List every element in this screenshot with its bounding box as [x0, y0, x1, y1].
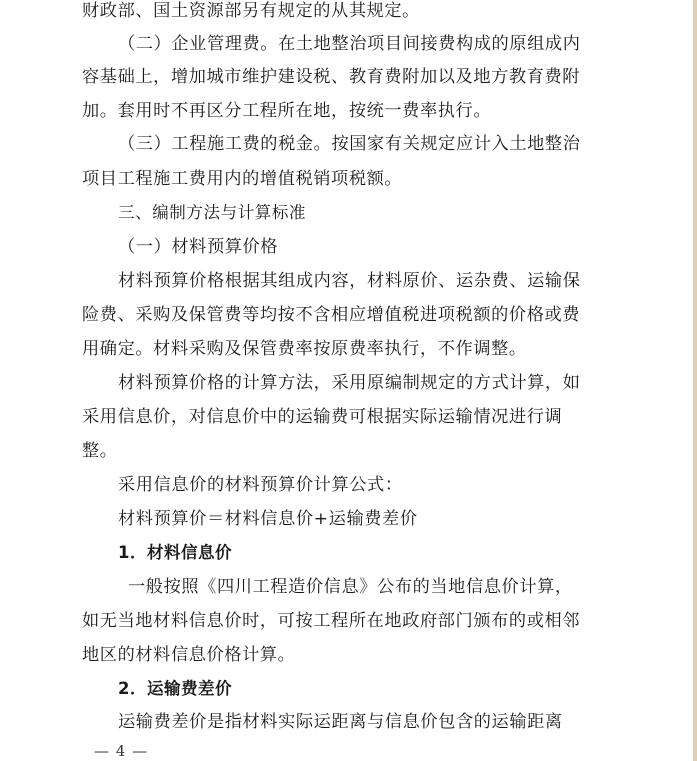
text-line: 险费、采购及保管费等均按不含相应增值税进项税额的价格或费	[82, 304, 580, 326]
text-line: 容基础上，增加城市维护建设税、教育费附加以及地方教育费附	[82, 66, 580, 88]
text-line: 项目工程施工费用内的增值税销项税额。	[82, 168, 402, 190]
text-line: （三）工程施工费的税金。按国家有关规定应计入土地整治	[118, 133, 580, 155]
text-line: 用确定。材料采购及保管费率按原费率执行，不作调整。	[82, 338, 527, 360]
text-line: 采用信息价，对信息价中的运输费可根据实际运输情况进行调	[82, 406, 562, 428]
text-line: 整。	[82, 440, 118, 462]
text-line: 材料预算价格根据其组成内容，材料原价、运杂费、运输保	[118, 270, 580, 292]
text-line: 一般按照《四川工程造价信息》公布的当地信息价计算，	[128, 576, 573, 598]
text-line: 加。套用时不再区分工程所在地，按统一费率执行。	[82, 100, 491, 122]
page-edge	[693, 0, 697, 761]
text-line: 地区的材料信息价格计算。	[82, 644, 295, 666]
text-line: 运输费差价是指材料实际运距离与信息价包含的运输距离	[118, 711, 563, 733]
text-line: （二）企业管理费。在土地整治项目间接费构成的原组成内	[118, 33, 580, 55]
text-line: 材料预算价格的计算方法，采用原编制规定的方式计算，如	[118, 372, 580, 394]
subsection-heading: （一）材料预算价格	[118, 236, 278, 258]
text-line: 采用信息价的材料预算价计算公式：	[118, 474, 403, 496]
text-line: 财政部、国土资源部另有规定的从其规定。	[82, 0, 420, 22]
page-number: — 4 —	[94, 742, 148, 760]
item-heading: 1．材料信息价	[118, 542, 232, 564]
section-heading: 三、编制方法与计算标准	[118, 202, 306, 224]
item-heading: 2．运输费差价	[118, 678, 232, 700]
formula-line: 材料预算价＝材料信息价+运输费差价	[118, 508, 418, 530]
text-line: 如无当地材料信息价时，可按工程所在地政府部门颁布的或相邻	[82, 610, 580, 632]
